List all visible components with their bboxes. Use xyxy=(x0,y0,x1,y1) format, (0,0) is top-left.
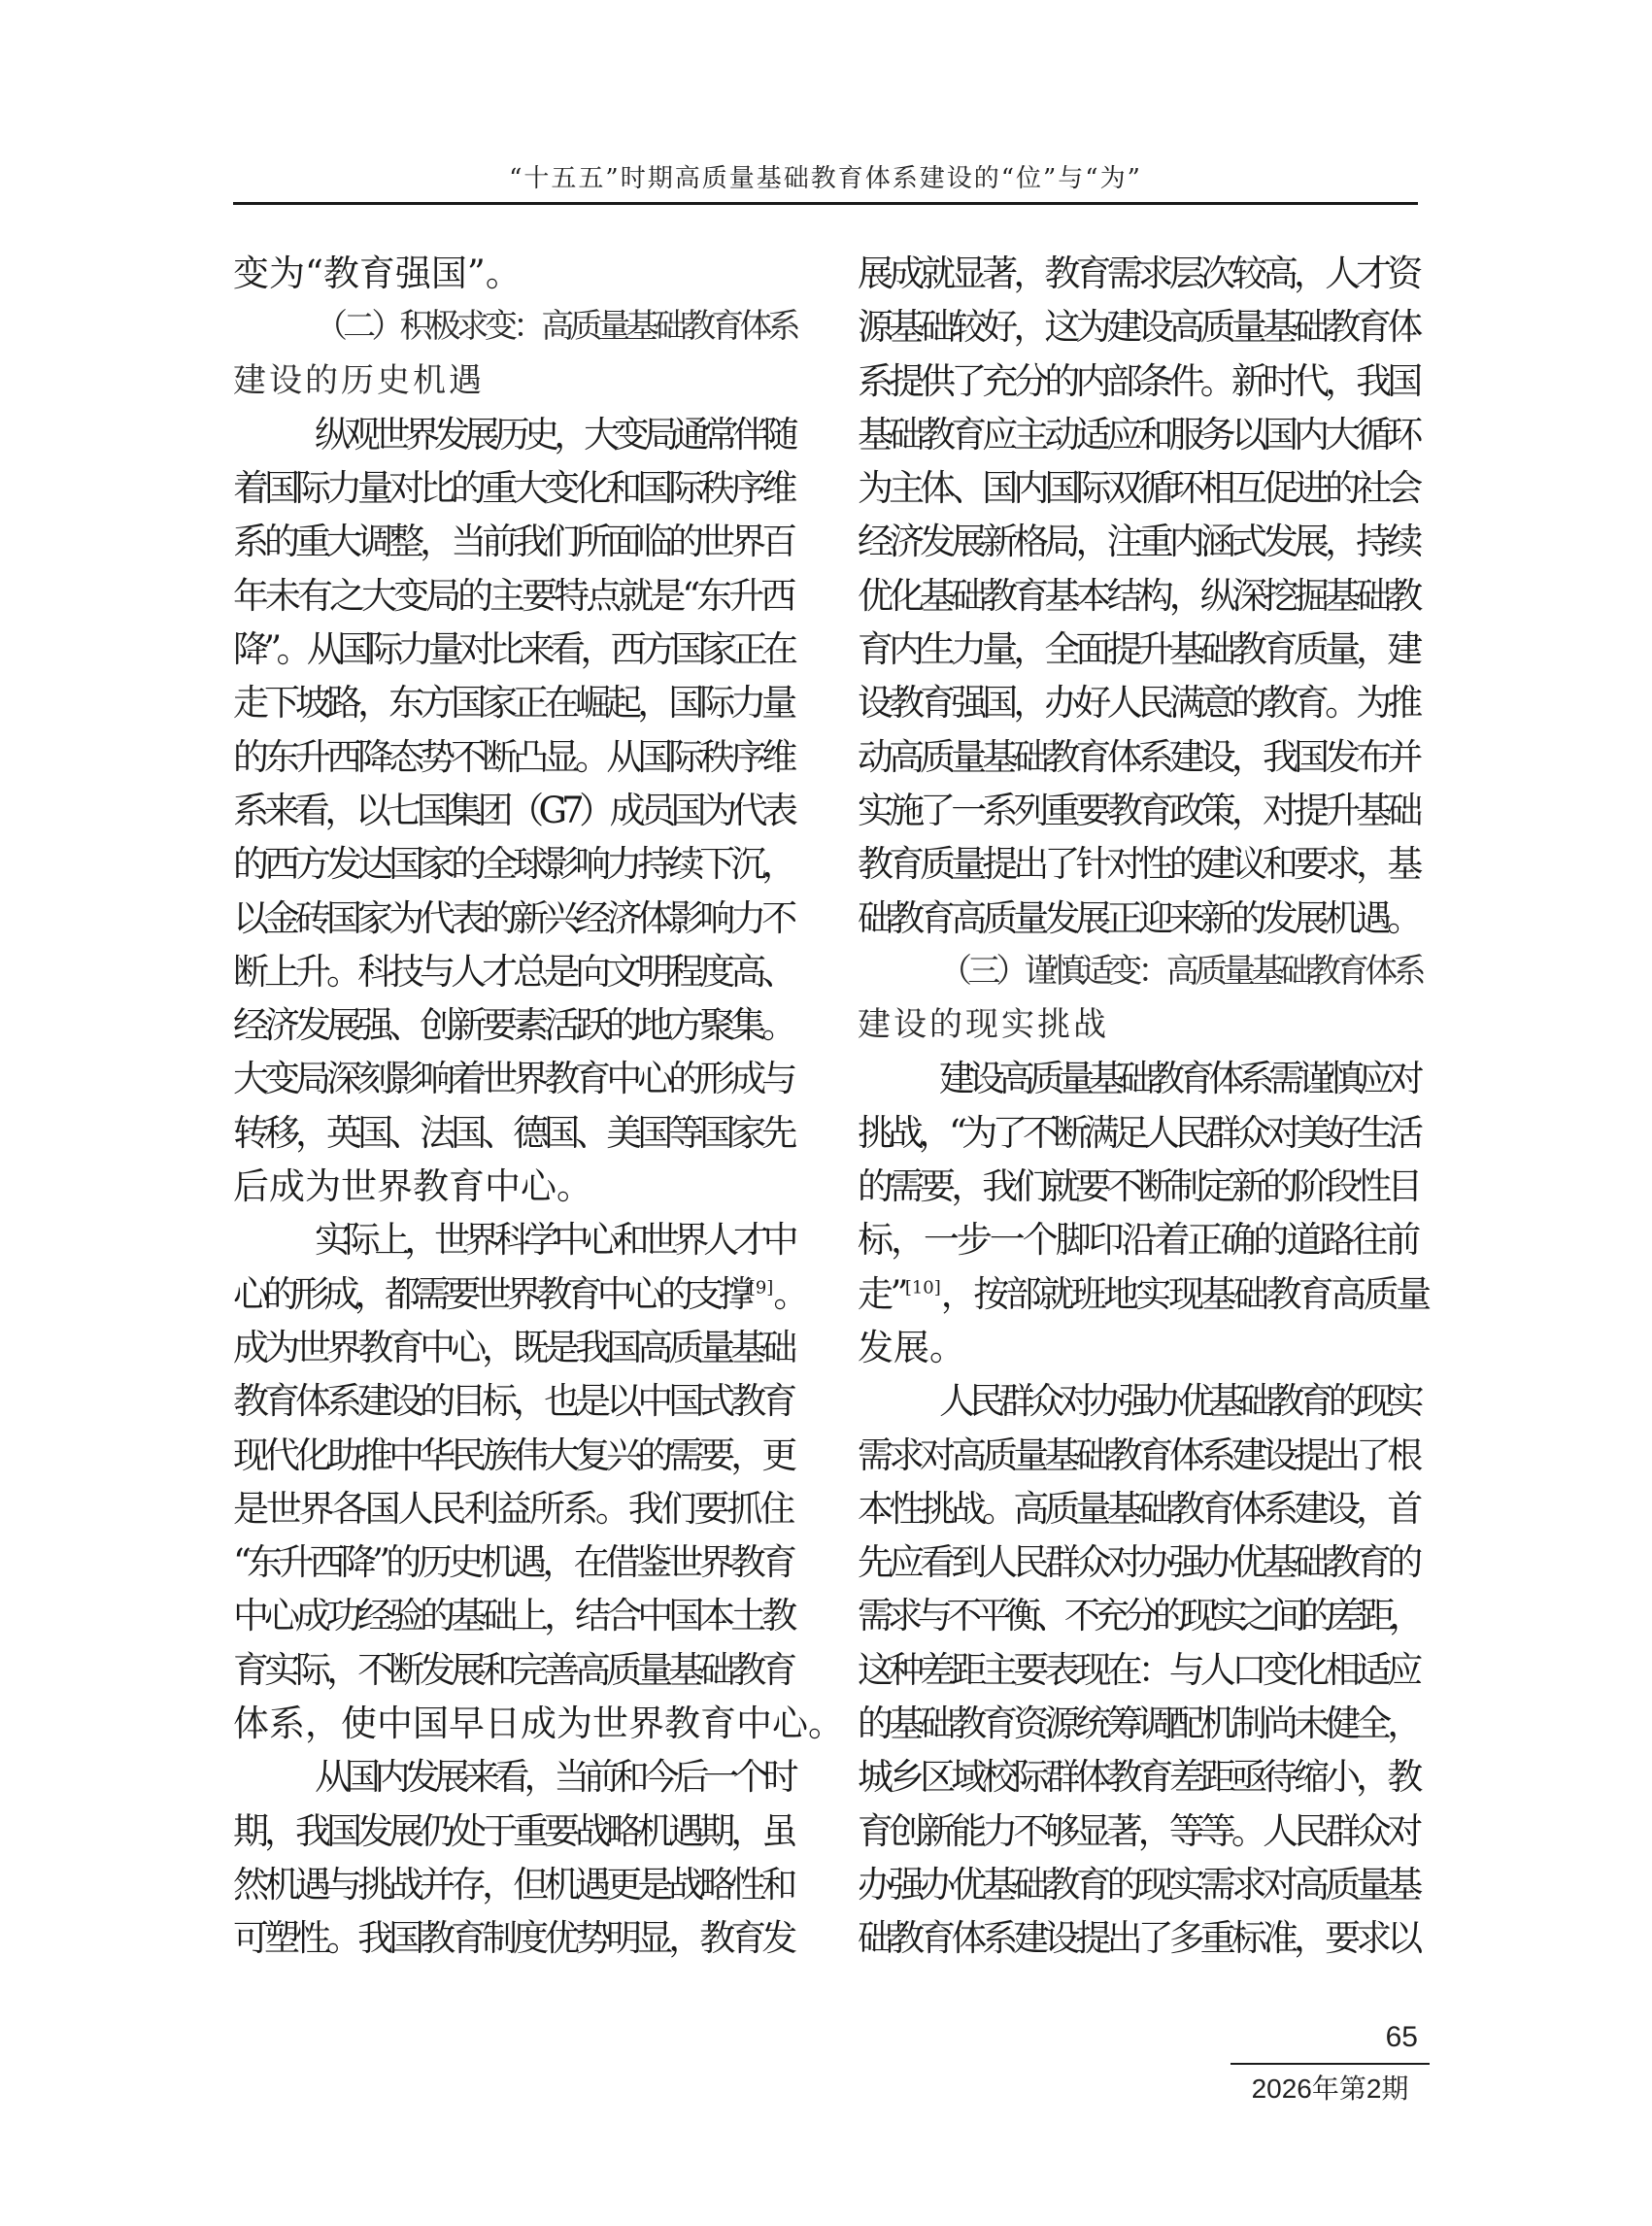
footer-rule xyxy=(1231,2063,1430,2065)
body-text-line: 实际上，世界科学中心和世界人才中 xyxy=(233,1213,792,1266)
issue-label: 2026年第2期 xyxy=(1231,2071,1430,2108)
line-text: 建设高质量基础教育体系需谨慎应对 xyxy=(939,1058,1418,1099)
line-text: 降”。从国际力量对比来看，西方国家正在 xyxy=(233,628,792,670)
line-text: 系提供了充分的内部条件。新时代，我国 xyxy=(858,360,1418,402)
body-text-line: 优化基础教育基本结构，纵深挖掘基础教 xyxy=(858,569,1418,623)
line-text: 的西方发达国家的全球影响力持续下沉， xyxy=(233,843,792,885)
line-text: 的需要，我们就要不断制定新的阶段性目 xyxy=(858,1165,1418,1207)
line-text: 现代化助推中华民族伟大复兴的需要，更 xyxy=(233,1434,792,1476)
body-text-line: 的需要，我们就要不断制定新的阶段性目 xyxy=(858,1160,1418,1213)
line-text: 教育质量提出了针对性的建议和要求，基 xyxy=(858,843,1418,885)
body-text-line: 可塑性。我国教育制度优势明显，教育发 xyxy=(233,1911,792,1965)
body-text-line: 的基础教育资源统筹调配机制尚未健全， xyxy=(858,1697,1418,1750)
citation-ref[interactable]: [9] xyxy=(749,1277,774,1298)
body-text-line: 系的重大调整，当前我们所面临的世界百 xyxy=(233,515,792,568)
body-text-line: 先应看到人民群众对办强办优基础教育的 xyxy=(858,1535,1418,1589)
body-text-line: 经济发展新格局，注重内涵式发展，持续 xyxy=(858,515,1418,568)
line-text: 期，我国发展仍处于重要战略机遇期，虽 xyxy=(233,1810,792,1852)
citation-ref[interactable]: [10] xyxy=(905,1277,941,1298)
body-text-line: 降”。从国际力量对比来看，西方国家正在 xyxy=(233,623,792,676)
body-text-line: 为主体、国内国际双循环相互促进的社会 xyxy=(858,461,1418,515)
body-text-line: 建设高质量基础教育体系需谨慎应对 xyxy=(858,1052,1418,1105)
line-text: 础教育体系建设提出了多重标准，要求以 xyxy=(858,1917,1418,1959)
body-text-line: 中心成功经验的基础上，结合中国本土教 xyxy=(233,1589,792,1642)
body-text-line: 后成为世界教育中心。 xyxy=(233,1160,792,1213)
line-text: “东升西降”的历史机遇，在借鉴世界教育 xyxy=(233,1541,792,1583)
line-text-tail: 。 xyxy=(773,1273,803,1315)
line-text: 实际上，世界科学中心和世界人才中 xyxy=(315,1219,792,1261)
line-text: 系的重大调整，当前我们所面临的世界百 xyxy=(233,521,792,562)
page-number: 65 xyxy=(1231,2018,1418,2057)
line-text: 育创新能力不够显著，等等。人民群众对 xyxy=(858,1810,1418,1852)
section-heading-line: 建设的现实挑战 xyxy=(858,998,1418,1052)
body-text-line: 年未有之大变局的主要特点就是“东升西 xyxy=(233,569,792,623)
body-text-line: 变为“教育强国”。 xyxy=(233,247,792,300)
section-heading-line: （二）积极求变：高质量基础教育体系 xyxy=(233,300,792,354)
section-heading-line: 建设的历史机遇 xyxy=(233,354,792,408)
body-text-line: 系来看，以七国集团（G7）成员国为代表 xyxy=(233,784,792,837)
line-text: （二）积极求变：高质量基础教育体系 xyxy=(315,307,792,346)
body-text-line: 展成就显著，教育需求层次较高，人才资 xyxy=(858,247,1418,300)
body-text-line: 设教育强国，办好人民满意的教育。为推 xyxy=(858,676,1418,729)
header-rule xyxy=(233,202,1418,205)
running-title: “十五五”时期高质量基础教育体系建设的“位”与“为” xyxy=(233,161,1418,196)
line-text: 断上升。科技与人才总是向文明程度高、 xyxy=(233,951,792,993)
body-text-line: 期，我国发展仍处于重要战略机遇期，虽 xyxy=(233,1804,792,1858)
body-text-line: 发展。 xyxy=(858,1321,1418,1374)
body-text-line: 需求对高质量基础教育体系建设提出了根 xyxy=(858,1429,1418,1482)
line-text: 源基础较好，这为建设高质量基础教育体 xyxy=(858,306,1418,348)
body-text-line: 育实际，不断发展和完善高质量基础教育 xyxy=(233,1643,792,1697)
line-text: 以金砖国家为代表的新兴经济体影响力不 xyxy=(233,897,792,939)
body-text-line: 城乡区域校际群体教育差距亟待缩小，教 xyxy=(858,1750,1418,1804)
line-text: 育内生力量，全面提升基础教育质量，建 xyxy=(858,628,1418,670)
body-text-line: 然机遇与挑战并存，但机遇更是战略性和 xyxy=(233,1858,792,1911)
body-text-line: 走”[10]，按部就班地实现基础教育高质量 xyxy=(858,1267,1418,1321)
line-text: 动高质量基础教育体系建设，我国发布并 xyxy=(858,736,1418,778)
body-text-line: 的东升西降态势不断凸显。从国际秩序维 xyxy=(233,730,792,784)
line-text: 这种差距主要表现在：与人口变化相适应 xyxy=(858,1649,1418,1691)
line-text: 需求对高质量基础教育体系建设提出了根 xyxy=(858,1434,1418,1476)
line-text: 转移，英国、法国、德国、美国等国家先 xyxy=(233,1112,792,1154)
line-text: 年未有之大变局的主要特点就是“东升西 xyxy=(233,575,792,617)
body-text-line: 动高质量基础教育体系建设，我国发布并 xyxy=(858,730,1418,784)
body-text-line: 纵观世界发展历史，大变局通常伴随 xyxy=(233,408,792,461)
line-text: 办强办优基础教育的现实需求对高质量基 xyxy=(858,1864,1418,1906)
line-text: 设教育强国，办好人民满意的教育。为推 xyxy=(858,682,1418,724)
line-text: 大变局深刻影响着世界教育中心的形成与 xyxy=(233,1058,792,1099)
line-text: 先应看到人民群众对办强办优基础教育的 xyxy=(858,1541,1418,1583)
line-text: 础教育高质量发展正迎来新的发展机遇。 xyxy=(858,897,1418,939)
body-text-line: 着国际力量对比的重大变化和国际秩序维 xyxy=(233,461,792,515)
line-text: 中心成功经验的基础上，结合中国本土教 xyxy=(233,1595,792,1636)
line-text: 心的形成，都需要世界教育中心的支撑 xyxy=(233,1273,749,1315)
line-text: 的东升西降态势不断凸显。从国际秩序维 xyxy=(233,736,792,778)
body-text-line: 础教育高质量发展正迎来新的发展机遇。 xyxy=(858,892,1418,945)
body-text-line: 挑战，“为了不断满足人民群众对美好生活 xyxy=(858,1106,1418,1160)
body-text-line: 教育体系建设的目标，也是以中国式教育 xyxy=(233,1374,792,1428)
body-text-line: 成为世界教育中心，既是我国高质量基础 xyxy=(233,1321,792,1374)
body-text-line: 转移，英国、法国、德国、美国等国家先 xyxy=(233,1106,792,1160)
body-text-line: 是世界各国人民利益所系。我们要抓住 xyxy=(233,1482,792,1535)
line-text: 基础教育应主动适应和服务以国内大循环 xyxy=(858,414,1418,455)
line-text: 变为“教育强国”。 xyxy=(233,253,522,294)
line-text: 实施了一系列重要教育政策，对提升基础 xyxy=(858,790,1418,831)
body-text-line: 这种差距主要表现在：与人口变化相适应 xyxy=(858,1643,1418,1697)
line-text: 着国际力量对比的重大变化和国际秩序维 xyxy=(233,467,792,509)
right-column: 展成就显著，教育需求层次较高，人才资源基础较好，这为建设高质量基础教育体系提供了… xyxy=(858,247,1418,1966)
section-heading-line: （三）谨慎适变：高质量基础教育体系 xyxy=(858,945,1418,998)
body-text-line: “东升西降”的历史机遇，在借鉴世界教育 xyxy=(233,1535,792,1589)
line-text: 后成为世界教育中心。 xyxy=(233,1165,592,1207)
body-text-line: 教育质量提出了针对性的建议和要求，基 xyxy=(858,837,1418,891)
body-text-line: 大变局深刻影响着世界教育中心的形成与 xyxy=(233,1052,792,1105)
body-text-line: 标，一步一个脚印沿着正确的道路往前 xyxy=(858,1213,1418,1266)
body-text-line: 育创新能力不够显著，等等。人民群众对 xyxy=(858,1804,1418,1858)
line-text: 建设的历史机遇 xyxy=(233,361,485,400)
line-text: 然机遇与挑战并存，但机遇更是战略性和 xyxy=(233,1864,792,1906)
line-text: 需求与不平衡、不充分的现实之间的差距， xyxy=(858,1595,1418,1636)
line-text: 展成就显著，教育需求层次较高，人才资 xyxy=(858,253,1418,294)
line-text: 发展。 xyxy=(858,1327,965,1368)
body-text-line: 现代化助推中华民族伟大复兴的需要，更 xyxy=(233,1429,792,1482)
line-text: 人民群众对办强办优基础教育的现实 xyxy=(939,1380,1418,1422)
body-text-line: 办强办优基础教育的现实需求对高质量基 xyxy=(858,1858,1418,1911)
line-text: 成为世界教育中心，既是我国高质量基础 xyxy=(233,1327,792,1368)
line-text: 从国内发展来看，当前和今后一个时 xyxy=(315,1756,792,1798)
line-text: 育实际，不断发展和完善高质量基础教育 xyxy=(233,1649,792,1691)
line-text: 的基础教育资源统筹调配机制尚未健全， xyxy=(858,1703,1418,1744)
body-text-line: 育内生力量，全面提升基础教育质量，建 xyxy=(858,623,1418,676)
body-text-line: 人民群众对办强办优基础教育的现实 xyxy=(858,1374,1418,1428)
body-text-line: 系提供了充分的内部条件。新时代，我国 xyxy=(858,354,1418,408)
line-text-tail: ，按部就班地实现基础教育高质量 xyxy=(941,1273,1429,1315)
body-text-line: 础教育体系建设提出了多重标准，要求以 xyxy=(858,1911,1418,1965)
body-text-line: 需求与不平衡、不充分的现实之间的差距， xyxy=(858,1589,1418,1642)
body-text-line: 从国内发展来看，当前和今后一个时 xyxy=(233,1750,792,1804)
body-text-line: 经济发展强、创新要素活跃的地方聚集。 xyxy=(233,998,792,1052)
line-text: 走下坡路，东方国家正在崛起，国际力量 xyxy=(233,682,792,724)
body-text-line: 本性挑战。高质量基础教育体系建设，首 xyxy=(858,1482,1418,1535)
line-text: 体系，使中国早日成为世界教育中心。 xyxy=(233,1703,844,1744)
line-text: 教育体系建设的目标，也是以中国式教育 xyxy=(233,1380,792,1422)
line-text: 标，一步一个脚印沿着正确的道路往前 xyxy=(858,1219,1418,1261)
line-text: 本性挑战。高质量基础教育体系建设，首 xyxy=(858,1488,1418,1530)
line-text: 城乡区域校际群体教育差距亟待缩小，教 xyxy=(858,1756,1418,1798)
body-text-line: 断上升。科技与人才总是向文明程度高、 xyxy=(233,945,792,998)
body-text-line: 源基础较好，这为建设高质量基础教育体 xyxy=(858,300,1418,354)
body-text-line: 走下坡路，东方国家正在崛起，国际力量 xyxy=(233,676,792,729)
line-text: 优化基础教育基本结构，纵深挖掘基础教 xyxy=(858,575,1418,617)
line-text: 可塑性。我国教育制度优势明显，教育发 xyxy=(233,1917,792,1959)
line-text: 经济发展新格局，注重内涵式发展，持续 xyxy=(858,521,1418,562)
line-text: 走” xyxy=(858,1273,905,1315)
line-text: 是世界各国人民利益所系。我们要抓住 xyxy=(233,1488,792,1530)
line-text: 系来看，以七国集团（G7）成员国为代表 xyxy=(233,790,792,831)
body-text-line: 以金砖国家为代表的新兴经济体影响力不 xyxy=(233,892,792,945)
line-text: 为主体、国内国际双循环相互促进的社会 xyxy=(858,467,1418,509)
line-text: 经济发展强、创新要素活跃的地方聚集。 xyxy=(233,1004,792,1046)
body-text-line: 基础教育应主动适应和服务以国内大循环 xyxy=(858,408,1418,461)
line-text: 纵观世界发展历史，大变局通常伴随 xyxy=(315,414,792,455)
body-text-line: 实施了一系列重要教育政策，对提升基础 xyxy=(858,784,1418,837)
body-text-line: 体系，使中国早日成为世界教育中心。 xyxy=(233,1697,792,1750)
left-column: 变为“教育强国”。（二）积极求变：高质量基础教育体系建设的历史机遇纵观世界发展历… xyxy=(233,247,792,1966)
body-text-line: 的西方发达国家的全球影响力持续下沉， xyxy=(233,837,792,891)
line-text: 挑战，“为了不断满足人民群众对美好生活 xyxy=(858,1112,1418,1154)
line-text: （三）谨慎适变：高质量基础教育体系 xyxy=(939,952,1418,991)
line-text: 建设的现实挑战 xyxy=(858,1005,1109,1044)
body-text-line: 心的形成，都需要世界教育中心的支撑[9]。 xyxy=(233,1267,792,1321)
